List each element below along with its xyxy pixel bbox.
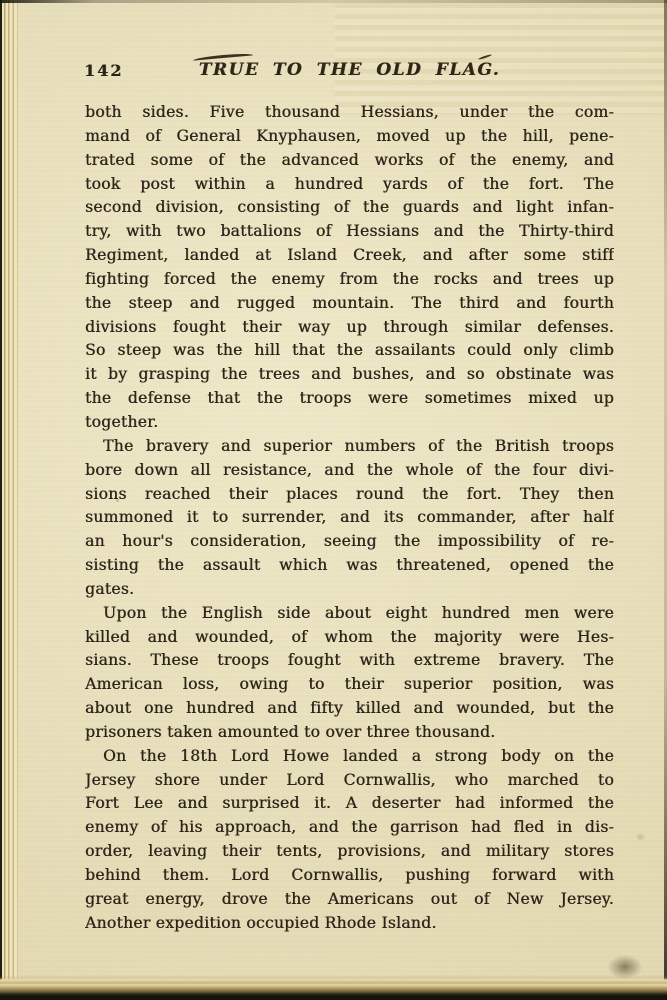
text-line: mand of General Knyphausen, moved up the…	[85, 125, 614, 149]
text-line: summoned it to surrender, and its comman…	[85, 506, 614, 530]
text-line: bore down all resistance, and the whole …	[85, 459, 614, 483]
text-line: prisoners taken amounted to over three t…	[85, 721, 614, 745]
page-stack-edge	[0, 975, 667, 1000]
page-binding-edge	[0, 0, 20, 1000]
text-line: The bravery and superior numbers of the …	[85, 435, 614, 459]
text-line: sions reached their places round the for…	[85, 483, 614, 507]
text-line: order, leaving their tents, provisions, …	[85, 840, 614, 864]
text-line: behind them. Lord Cornwallis, pushing fo…	[85, 864, 614, 888]
text-line: together.	[85, 411, 614, 435]
running-header-text: TRUE TO THE OLD FLAG.	[199, 60, 500, 80]
text-line: So steep was the hill that the assailant…	[85, 339, 614, 363]
text-line: Upon the English side about eight hundre…	[85, 602, 614, 626]
text-line: took post within a hundred yards of the …	[85, 173, 614, 197]
text-line: about one hundred and fifty killed and w…	[85, 697, 614, 721]
text-line: Another expedition occupied Rhode Island…	[85, 912, 614, 936]
text-line: the defense that the troops were sometim…	[85, 387, 614, 411]
text-line: second division, consisting of the guard…	[85, 196, 614, 220]
text-line: trated some of the advanced works of the…	[85, 149, 614, 173]
paper-blemish	[634, 831, 647, 843]
text-line: Fort Lee and surprised it. A deserter ha…	[85, 792, 614, 816]
text-line: the steep and rugged mountain. The third…	[85, 292, 614, 316]
running-header: TRUE TO THE OLD FLAG.	[84, 60, 615, 80]
text-line: divisions fought their way up through si…	[85, 316, 614, 340]
text-line: On the 18th Lord Howe landed a strong bo…	[85, 745, 614, 769]
text-line: an hour's consideration, seeing the impo…	[85, 530, 614, 554]
scan-edge-top	[0, 0, 667, 3]
text-line: American loss, owing to their superior p…	[85, 673, 614, 697]
running-header-title: TRUE TO THE OLD FLAG.	[199, 60, 500, 80]
text-line: both sides. Five thousand Hessians, unde…	[85, 101, 614, 125]
book-page: 142 TRUE TO THE OLD FLAG. both sides. Fi…	[0, 0, 667, 1000]
text-line: enemy of his approach, and the garrison …	[85, 816, 614, 840]
text-line: fighting forced the enemy from the rocks…	[85, 268, 614, 292]
scan-streaks	[335, 3, 665, 115]
text-line: try, with two battalions of Hessians and…	[85, 220, 614, 244]
text-line: sisting the assault which was threatened…	[85, 554, 614, 578]
text-line: great energy, drove the Americans out of…	[85, 888, 614, 912]
text-line: Regiment, landed at Island Creek, and af…	[85, 244, 614, 268]
page-header: 142 TRUE TO THE OLD FLAG.	[84, 60, 615, 82]
text-line: killed and wounded, of whom the majority…	[85, 626, 614, 650]
page-text: both sides. Five thousand Hessians, unde…	[85, 101, 614, 936]
text-line: gates.	[85, 578, 614, 602]
text-line: sians. These troops fought with extreme …	[85, 649, 614, 673]
text-line: it by grasping the trees and bushes, and…	[85, 363, 614, 387]
text-line: Jersey shore under Lord Cornwallis, who …	[85, 769, 614, 793]
